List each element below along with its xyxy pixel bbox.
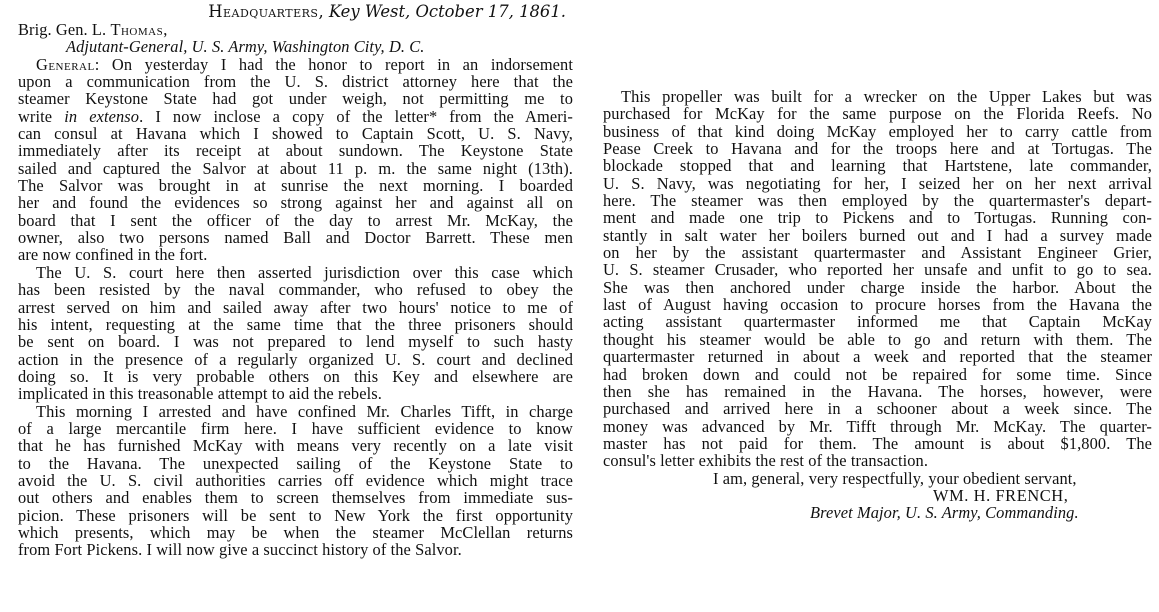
text-line: purchased and arrived here in a schooner… [603, 400, 1152, 417]
text-line: General: On yesterday I had the honor to… [18, 56, 573, 73]
text-line: then she has remained in the Havana. The… [603, 383, 1152, 400]
text-line: quartermaster returned in about a week a… [603, 348, 1152, 365]
letter-heading: Headquarters, Key West, October 17, 1861… [186, 2, 566, 21]
text-line: are now confined in the fort. [18, 246, 573, 263]
text-line: upon a communication from the U. S. dist… [18, 73, 573, 90]
text-line: stantly in salt water her boilers burned… [603, 227, 1152, 244]
heading-place-date: Key West, October 17, 1861. [329, 2, 566, 21]
text-line: steamer Keystone State had got under wei… [18, 90, 573, 107]
text-line: doing so. It is very probable others on … [18, 368, 573, 385]
left-paragraphs: General: On yesterday I had the honor to… [18, 56, 573, 559]
text-line: to the Havana. The unexpected sailing of… [18, 455, 573, 472]
text-line: her and found the evidences so strong ag… [18, 194, 573, 211]
text-line: The U. S. court here then asserted juris… [18, 264, 573, 281]
text-line: consul's letter exhibits the rest of the… [603, 452, 1152, 469]
text-line: last of August having occasion to procur… [603, 296, 1152, 313]
addressee-name-prefix: Brig. Gen. L. [18, 20, 106, 39]
text-line: U. S. steamer Crusader, who reported her… [603, 261, 1152, 278]
text-line: write in extenso. I now inclose a copy o… [18, 108, 573, 125]
text-line: arrest served on him and sailed away aft… [18, 299, 573, 316]
text-line: acting assistant quartermaster informed … [603, 313, 1152, 330]
text-line: master has not paid for them. The amount… [603, 435, 1152, 452]
text-line: blockade stopped that and learning that … [603, 157, 1152, 174]
text-line: his intent, requesting at the same time … [18, 316, 573, 333]
text-line: Pease Creek to Havana and for the troops… [603, 140, 1152, 157]
text-line: avoid the U. S. civil authorities carrie… [18, 472, 573, 489]
text-line: sailed and captured the Salvor at about … [18, 160, 573, 177]
text-line: be sent on board. I was not prepared to … [18, 333, 573, 350]
text-line: action in the presence of a regularly or… [18, 351, 573, 368]
paragraph: This propeller was built for a wrecker o… [603, 88, 1152, 470]
text-line: U. S. Navy, was negotiating for her, I s… [603, 175, 1152, 192]
right-column: This propeller was built for a wrecker o… [603, 88, 1152, 522]
addressee-surname: Thomas [110, 20, 163, 39]
text-line: purchased for McKay for the same purpose… [603, 105, 1152, 122]
paragraph: General: On yesterday I had the honor to… [18, 56, 573, 264]
text-line: on her by the assistant quartermaster an… [603, 244, 1152, 261]
paragraph: This morning I arrested and have confine… [18, 403, 573, 559]
text-line: board that I sent the officer of the day… [18, 212, 573, 229]
paragraph: The U. S. court here then asserted juris… [18, 264, 573, 403]
closing-line: I am, general, very respectfully, your o… [603, 470, 1152, 487]
heading-place-label: Headquarters [208, 2, 318, 21]
text-line: here. The steamer was then employed by t… [603, 192, 1152, 209]
right-paragraph: This propeller was built for a wrecker o… [603, 88, 1152, 470]
text-line: business of that kind doing McKay employ… [603, 123, 1152, 140]
addressee-title: Adjutant-General, U. S. Army, Washington… [18, 38, 573, 55]
text-line: immediately after its receipt at about s… [18, 142, 573, 159]
heading-comma: , [318, 2, 328, 21]
text-line: She was then anchored under charge insid… [603, 279, 1152, 296]
text-line: ment and made one trip to Pickens and to… [603, 209, 1152, 226]
text-line: picion. These prisoners will be sent to … [18, 507, 573, 524]
text-line: The Salvor was brought in at sunrise the… [18, 177, 573, 194]
text-line: of a large mercantile firm here. I have … [18, 420, 573, 437]
addressee-name: Brig. Gen. L. Thomas, [18, 21, 573, 38]
text-line: implicated in this treasonable attempt t… [18, 385, 573, 402]
text-line: This morning I arrested and have confine… [18, 403, 573, 420]
text-line: had broken down and could not be repaire… [603, 366, 1152, 383]
text-line: thought his steamer would be able to go … [603, 331, 1152, 348]
text-line: from Fort Pickens. I will now give a suc… [18, 541, 573, 558]
text-line: money was advanced by Mr. Tifft through … [603, 418, 1152, 435]
text-line: which presents, which may be when the st… [18, 524, 573, 541]
text-line: has been resisted by the naval commander… [18, 281, 573, 298]
addressee-name-suffix: , [163, 20, 167, 39]
text-line: that he has furnished McKay with means v… [18, 437, 573, 454]
signature-rank: Brevet Major, U. S. Army, Commanding. [603, 504, 1152, 521]
text-line: can consul at Havana which I showed to C… [18, 125, 573, 142]
signature-name: WM. H. FRENCH, [603, 487, 1152, 504]
salutation: General [36, 55, 95, 74]
text-line: out others and enables them to screen th… [18, 489, 573, 506]
left-column: Brig. Gen. L. Thomas, Adjutant-General, … [18, 38, 573, 559]
text-line: This propeller was built for a wrecker o… [603, 88, 1152, 105]
italic-phrase: in extenso [64, 107, 139, 126]
text-line: owner, also two persons named Ball and D… [18, 229, 573, 246]
